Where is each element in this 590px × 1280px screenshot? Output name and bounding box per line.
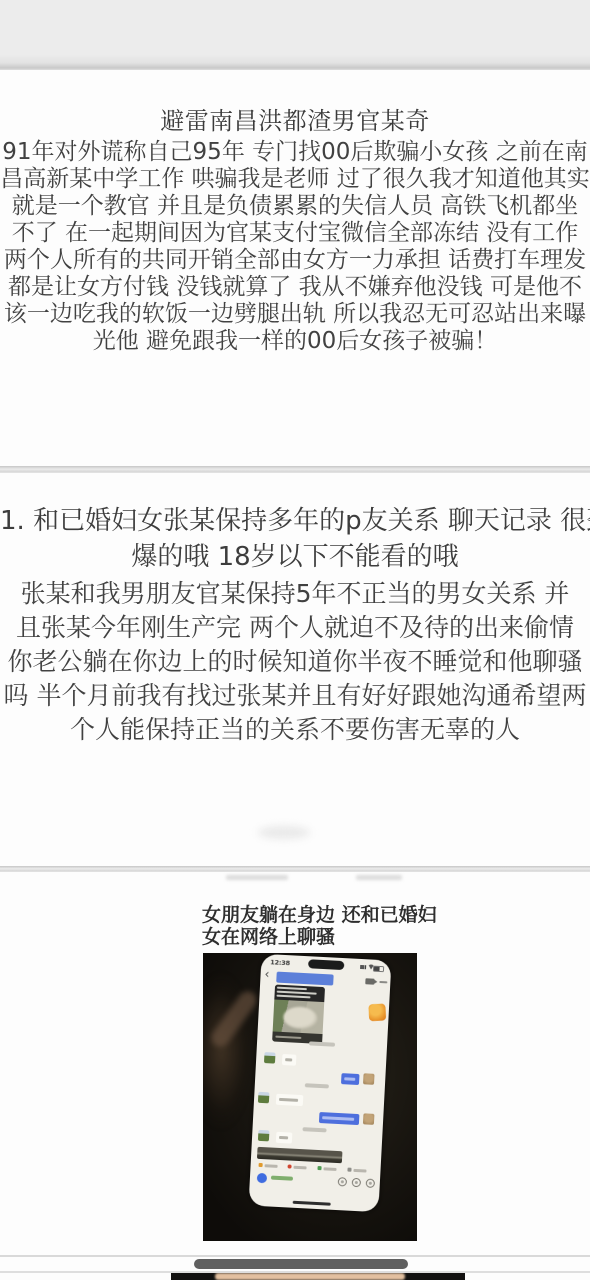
sent-message-bubble (341, 1073, 360, 1085)
section-divider (0, 466, 590, 473)
video-thumbnail (273, 999, 325, 1034)
contact-avatar (258, 1092, 270, 1104)
voice-input-icon (257, 1173, 268, 1184)
faint-watermark (0, 875, 590, 883)
heading-line: 爆的哦 18岁以下不能看的哦 (0, 539, 590, 575)
paragraph-line: 吗 半个月前我有找过张某并且有好好跟她沟通希望两 (0, 679, 590, 713)
post-image: 避雷南昌洪都渣男官某奇 91年对外谎称自己95年 专门找00后欺骗小女孩 之前在… (0, 0, 590, 1280)
caption-line: 女在网络上聊骚 (202, 926, 502, 948)
emoji-sticker (368, 1003, 386, 1021)
chat-screenshot-photo: 12:38 ‹ (203, 953, 417, 1241)
redacted-contact-name (276, 972, 333, 986)
status-icons (360, 964, 384, 971)
jpeg-smudge (258, 826, 310, 839)
contact-avatar (258, 1130, 270, 1142)
paragraph-line: 昌高新某中学工作 哄骗我是老师 过了很久我才知道他其实 (0, 166, 590, 193)
received-message-bubble (276, 1094, 304, 1106)
paragraph-line: 个人能保持正当的关系不要伤害无辜的人 (0, 713, 590, 747)
paragraph-line: 就是一个教官 并且是负债累累的失信人员 高铁飞机都坐 (0, 193, 590, 220)
heading-line: 1. 和已婚妇女张某保持多年的p友关系 聊天记录 很劲 (0, 503, 590, 539)
home-indicator (293, 1201, 331, 1206)
chat-timestamp (302, 1127, 326, 1132)
received-message-bubble (276, 1132, 293, 1144)
chat-timestamp (305, 1083, 329, 1088)
post-paragraph-1: 91年对外谎称自己95年 专门找00后欺骗小女孩 之前在南 昌高新某中学工作 哄… (0, 139, 590, 355)
received-message-bubble (282, 1054, 297, 1066)
paragraph-line: 两个人所有的共同开销全部由女方一力承担 话费打车理发 (0, 247, 590, 274)
post-title: 避雷南昌洪都渣男官某奇 (0, 101, 590, 136)
paragraph-line: 该一边吃我的软饭一边劈腿出轨 所以我忍无可忍站出来曝 (0, 301, 590, 328)
self-avatar (363, 1073, 375, 1085)
paragraph-line: 你老公躺在你边上的时候知道你半夜不睡觉和他聊骚 (0, 645, 590, 679)
paragraph-line: 光他 避免跟我一样的00后女孩子被骗！ (0, 328, 590, 355)
input-text-smudge (271, 1176, 293, 1181)
smiley-icon (352, 1178, 361, 1187)
paragraph-line: 91年对外谎称自己95年 专门找00后欺骗小女孩 之前在南 (0, 139, 590, 166)
caption-line: 女朋友躺在身边 还和已婚妇 (202, 904, 502, 926)
photo-caption: 女朋友躺在身边 还和已婚妇 女在网络上聊骚 (202, 904, 502, 948)
back-chevron-icon: ‹ (264, 968, 269, 980)
battery-icon (373, 965, 384, 972)
top-band (0, 0, 590, 70)
section2-heading: 1. 和已婚妇女张某保持多年的p友关系 聊天记录 很劲 爆的哦 18岁以下不能看… (0, 503, 590, 575)
next-photo-content (215, 1273, 405, 1280)
paragraph-line: 且张某今年刚生产完 两个人就迫不及待的出来偷情 (0, 611, 590, 645)
shared-video-card (272, 985, 325, 1045)
next-photo-sliver (171, 1273, 465, 1280)
video-call-icon (365, 978, 374, 984)
chat-input-bar (250, 1171, 381, 1192)
faint-text-fragment (226, 875, 288, 880)
paragraph-line: 都是让女方付钱 没钱就算了 我从不嫌弃他没钱 可是他不 (0, 274, 590, 301)
signal-icon (360, 965, 366, 969)
plus-icon (366, 1179, 375, 1188)
sent-message-bubble (319, 1112, 360, 1125)
separator-line (0, 1255, 590, 1257)
paragraph-line: 不了 在一起期间因为官某支付宝微信全部冻结 没有工作 (0, 220, 590, 247)
dynamic-island (308, 959, 344, 970)
paragraph-line: 张某和我男朋友官某保持5年不正当的男女关系 并 (0, 577, 590, 611)
chat-timestamp (309, 1041, 335, 1046)
more-options-icon (379, 981, 387, 983)
emoji-icon (338, 1177, 347, 1186)
cat-image (283, 1006, 318, 1030)
self-avatar (363, 1113, 375, 1125)
image-message (257, 1147, 343, 1163)
iphone: 12:38 ‹ (248, 954, 391, 1212)
faint-text-fragment (356, 875, 402, 880)
contact-avatar (264, 1052, 276, 1064)
scroll-pill (194, 1259, 408, 1269)
post-paragraph-2: 张某和我男朋友官某保持5年不正当的男女关系 并 且张某今年刚生产完 两个人就迫不… (0, 577, 590, 747)
phone-status-time: 12:38 (270, 958, 290, 967)
section-divider-2 (0, 866, 590, 872)
